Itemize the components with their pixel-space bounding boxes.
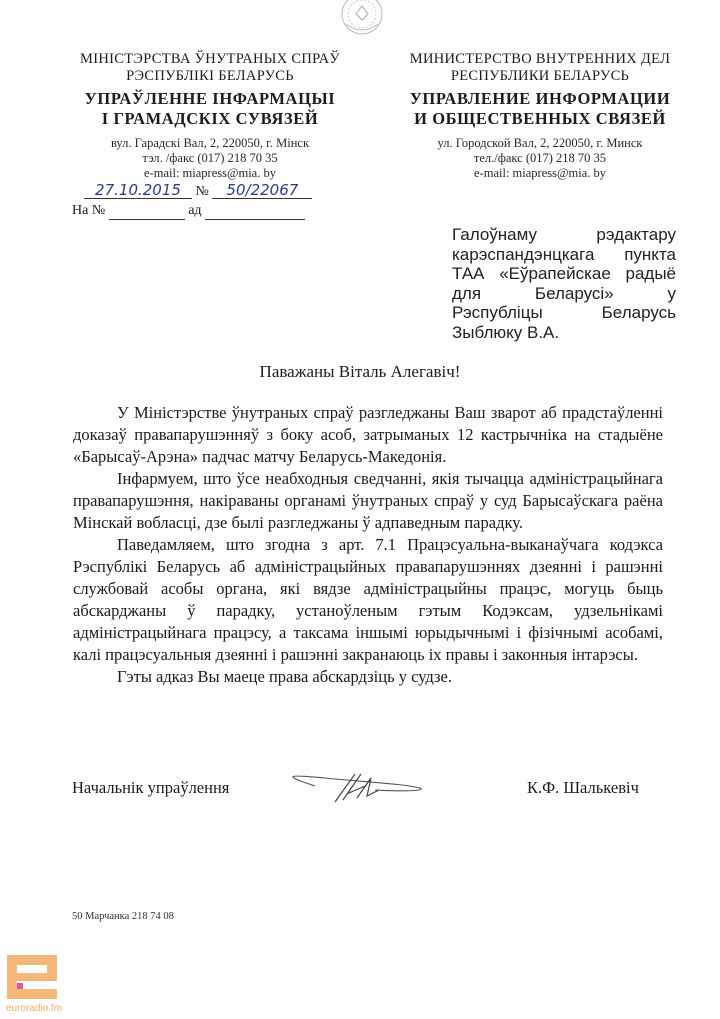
ministry-line-2: РЕСПУБЛИКИ БЕЛАРУСЬ bbox=[390, 68, 690, 85]
contact-block-ru: ул. Городской Вал, 2, 220050, г. Минск т… bbox=[390, 136, 690, 181]
recipient-line: ТАА «Еўрапейскае радыё bbox=[452, 264, 676, 284]
signatory-title: Начальнік упраўлення bbox=[72, 778, 229, 798]
number-label: № bbox=[196, 184, 209, 199]
phone: тел./факс (017) 218 70 35 bbox=[390, 151, 690, 166]
letter-body: У Міністэрстве ўнутраных спраў разгледжа… bbox=[73, 402, 663, 688]
dept-line-1: УПРАЎЛЕННЕ ІНФАРМАЦЫІ bbox=[60, 89, 360, 109]
contact-block-by: вул. Гарадскі Вал, 2, 220050, г. Мінск т… bbox=[60, 136, 360, 181]
watermark-text: euroradio.fm bbox=[6, 1003, 62, 1014]
letterhead-left: МІНІСТЭРСТВА ЎНУТРАНЫХ СПРАЎ РЭСПУБЛІКІ … bbox=[60, 51, 360, 181]
ministry-line-2: РЭСПУБЛІКІ БЕЛАРУСЬ bbox=[60, 68, 360, 85]
ministry-line-1: МИНИСТЕРСТВО ВНУТРЕННИХ ДЕЛ bbox=[390, 51, 690, 68]
department-name-by: УПРАЎЛЕННЕ ІНФАРМАЦЫІ І ГРАМАДСКІХ СУВЯЗ… bbox=[60, 89, 360, 129]
ministry-name-by: МІНІСТЭРСТВА ЎНУТРАНЫХ СПРАЎ РЭСПУБЛІКІ … bbox=[60, 51, 360, 85]
ministry-name-ru: МИНИСТЕРСТВО ВНУТРЕННИХ ДЕЛ РЕСПУБЛИКИ Б… bbox=[390, 51, 690, 85]
body-paragraph: Інфармуем, што ўсе неабходныя сведчанні,… bbox=[73, 468, 663, 534]
handwritten-signature-icon bbox=[275, 764, 425, 810]
recipient-line: для Беларусі» у bbox=[452, 284, 676, 304]
department-name-ru: УПРАВЛЕНИЕ ИНФОРМАЦИИ И ОБЩЕСТВЕННЫХ СВЯ… bbox=[390, 89, 690, 129]
letterhead-right: МИНИСТЕРСТВО ВНУТРЕННИХ ДЕЛ РЕСПУБЛИКИ Б… bbox=[390, 51, 690, 181]
salutation: Паважаны Віталь Алегавіч! bbox=[0, 362, 720, 382]
recipient-line: Рэспубліцы Беларусь bbox=[452, 303, 676, 323]
reply-from-field bbox=[205, 203, 305, 220]
address: ул. Городской Вал, 2, 220050, г. Минск bbox=[390, 136, 690, 151]
coat-of-arms-icon bbox=[340, 0, 384, 40]
document-number: 50/22067 bbox=[212, 182, 312, 199]
recipient-block: Галоўнаму рэдактару карэспандэнцкага пун… bbox=[452, 225, 676, 342]
reply-to-field bbox=[109, 203, 185, 220]
signatory-name: К.Ф. Шалькевіч bbox=[527, 778, 639, 798]
reply-from-label: ад bbox=[188, 203, 201, 218]
email: e-mail: miapress@mia. by bbox=[60, 166, 360, 181]
address: вул. Гарадскі Вал, 2, 220050, г. Мінск bbox=[60, 136, 360, 151]
body-paragraph: У Міністэрстве ўнутраных спраў разгледжа… bbox=[73, 402, 663, 468]
body-paragraph: Гэты адказ Вы маеце права абскардзіць у … bbox=[73, 666, 663, 688]
executor-note: 50 Марчанка 218 74 08 bbox=[72, 911, 174, 922]
dept-line-2: И ОБЩЕСТВЕННЫХ СВЯЗЕЙ bbox=[390, 109, 690, 129]
ministry-line-1: МІНІСТЭРСТВА ЎНУТРАНЫХ СПРАЎ bbox=[60, 51, 360, 68]
document-date: 27.10.2015 bbox=[84, 182, 192, 199]
reply-to-label: На № bbox=[72, 203, 105, 218]
recipient-line: Зыблюку В.А. bbox=[452, 323, 676, 343]
email: e-mail: miapress@mia. by bbox=[390, 166, 690, 181]
recipient-line: Галоўнаму рэдактару bbox=[452, 225, 676, 245]
body-paragraph: Паведамляем, што згодна з арт. 7.1 Працэ… bbox=[73, 534, 663, 666]
recipient-line: карэспандэнцкага пункта bbox=[452, 245, 676, 265]
registration-date-number: 27.10.2015 № 50/22067 bbox=[84, 182, 312, 200]
reply-reference: На № ад bbox=[72, 203, 305, 220]
dept-line-1: УПРАВЛЕНИЕ ИНФОРМАЦИИ bbox=[390, 89, 690, 109]
phone: тэл. /факс (017) 218 70 35 bbox=[60, 151, 360, 166]
dept-line-2: І ГРАМАДСКІХ СУВЯЗЕЙ bbox=[60, 109, 360, 129]
